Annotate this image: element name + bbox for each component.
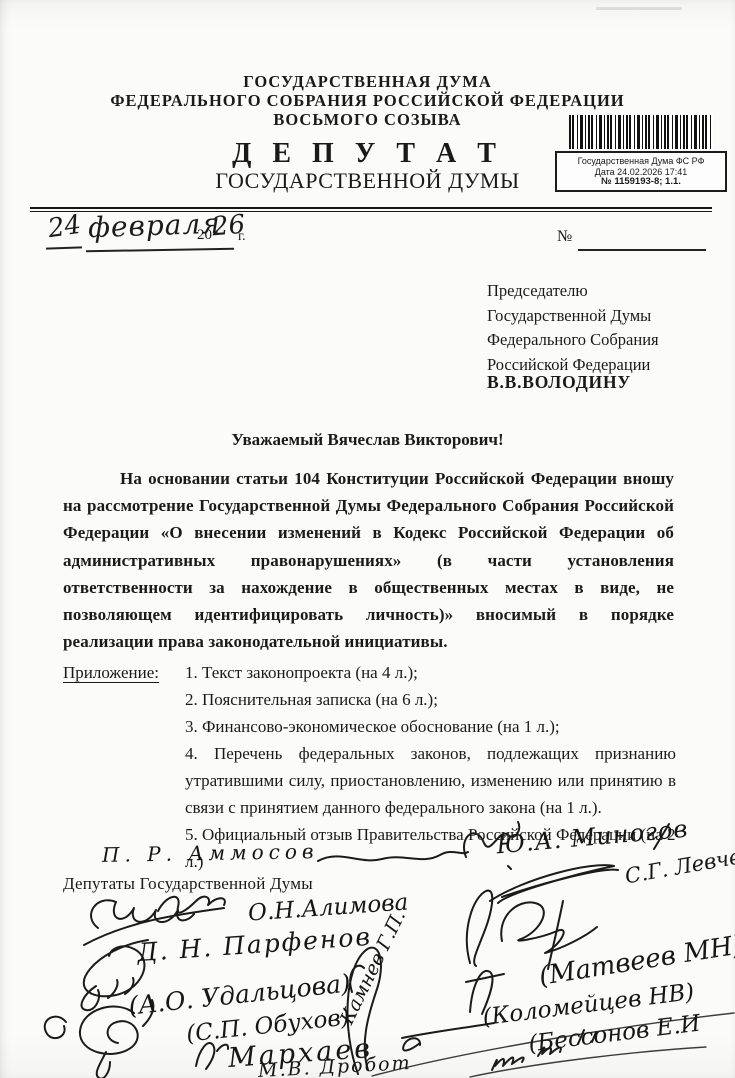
date-underline: [46, 246, 82, 249]
signature-stroke: [467, 891, 492, 966]
stamp-org-line: Государственная Дума ФС РФ: [559, 156, 723, 167]
registration-stamp: Государственная Дума ФС РФ Дата 24.02.20…: [555, 115, 727, 192]
printed-year-prefix: 20: [197, 227, 212, 244]
addressee-line: Председателю: [487, 279, 659, 304]
letterhead-org-line2: ФЕДЕРАЛЬНОГО СОБРАНИЯ РОССИЙСКОЙ ФЕДЕРАЦ…: [0, 91, 735, 110]
signature-stroke: [196, 1043, 228, 1069]
stamp-text-box: Государственная Дума ФС РФ Дата 24.02.20…: [555, 151, 727, 192]
attachments-label-text: Приложение:: [63, 663, 159, 683]
body-paragraph: На основании статьи 104 Конституции Росс…: [63, 465, 674, 655]
attachment-item: 4. Перечень федеральных законов, подлежа…: [185, 740, 676, 821]
scan-artifact: [596, 7, 682, 10]
signature-stroke: [508, 866, 511, 869]
document-page: ГОСУДАРСТВЕННАЯ ДУМА ФЕДЕРАЛЬНОГО СОБРАН…: [0, 0, 735, 1078]
letterhead-org-line1: ГОСУДАРСТВЕННАЯ ДУМА: [0, 72, 735, 91]
signature-stroke: [402, 1023, 494, 1051]
addressee-block: Председателю Государственной Думы Федера…: [487, 279, 659, 377]
attachment-item: 1. Текст законопроекта (на 4 л.);: [185, 659, 676, 686]
addressee-line: Федерального Собрания: [487, 328, 659, 353]
salutation: Уважаемый Вячеслав Викторович!: [0, 430, 735, 450]
stamp-number-line: № 1159193-8; 1.1.: [559, 177, 723, 188]
printed-year-suffix: г.: [238, 229, 246, 245]
signature-stroke: [490, 865, 618, 903]
addressee-name: В.В.ВОЛОДИНУ: [487, 372, 631, 393]
date-underline: [86, 248, 234, 253]
number-underline: [578, 249, 706, 251]
attachment-item: 2. Пояснительная записка (на 6 л.);: [185, 686, 676, 713]
attachment-item: 3. Финансово-экономическое обоснование (…: [185, 713, 676, 740]
barcode-icon: [569, 115, 713, 149]
number-sign: №: [557, 228, 572, 246]
signature-stroke: [501, 902, 597, 953]
signature-stroke: [81, 978, 133, 1010]
signature-name: П. Р. Аммосов: [102, 839, 319, 867]
signature-stroke: [318, 852, 468, 861]
addressee-line: Государственной Думы: [487, 304, 659, 329]
handwritten-day: 24: [46, 210, 83, 244]
